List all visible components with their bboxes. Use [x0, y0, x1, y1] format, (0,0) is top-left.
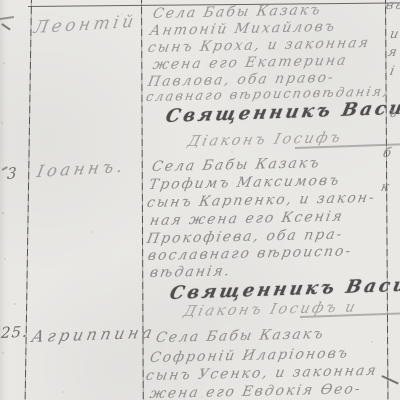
record-line: жена его Евдокія Ѳео-	[149, 382, 363, 400]
record-line: сынъ Усенко, и законная	[145, 364, 379, 383]
priest-signature: Священникъ Васи	[168, 277, 400, 303]
deacon-signature: Діаконъ Іосифъ и	[182, 300, 359, 319]
ink-stroke	[0, 16, 14, 19]
record-number: 3	[7, 166, 18, 182]
record-line: Софроній Иларіоновъ	[149, 346, 351, 365]
record-line: Села Бабы Казакъ	[152, 3, 323, 21]
edge-fragment: к	[379, 180, 390, 195]
record-line: Села Бабы Казакъ	[151, 156, 322, 174]
record-line: вославнаго вѣроиспо-	[147, 244, 354, 263]
scan-noise	[0, 0, 2, 2]
record-line: Села Бабы Казакъ	[155, 327, 326, 345]
record-line: вѣданія.	[149, 264, 233, 280]
record-line: Трофимъ Максимовъ	[148, 174, 342, 192]
column-divider-right	[385, 0, 389, 400]
ink-stroke	[382, 375, 399, 384]
record-name: Іоаннъ.	[35, 158, 127, 180]
record-line: сынъ Карпенко, и закон-	[146, 191, 377, 210]
record-name: Агриппина	[30, 325, 157, 345]
edge-fragment: и	[388, 27, 400, 42]
edge-fragment: і	[388, 64, 395, 79]
register-scan-page: Леонтій Села Бабы Казакъ Антоній Михайло…	[0, 0, 400, 400]
edge-fragment: я	[386, 45, 398, 60]
edge-fragment: б	[381, 146, 392, 161]
record-line: Антоній Михайловъ	[149, 20, 338, 38]
record-name: Леонтій	[32, 14, 138, 37]
record-number: 25.	[1, 325, 29, 341]
ink-stroke	[2, 23, 11, 30]
edge-fragment: въ	[384, 0, 400, 13]
record-line: ная жена его Ксенія	[149, 210, 345, 228]
